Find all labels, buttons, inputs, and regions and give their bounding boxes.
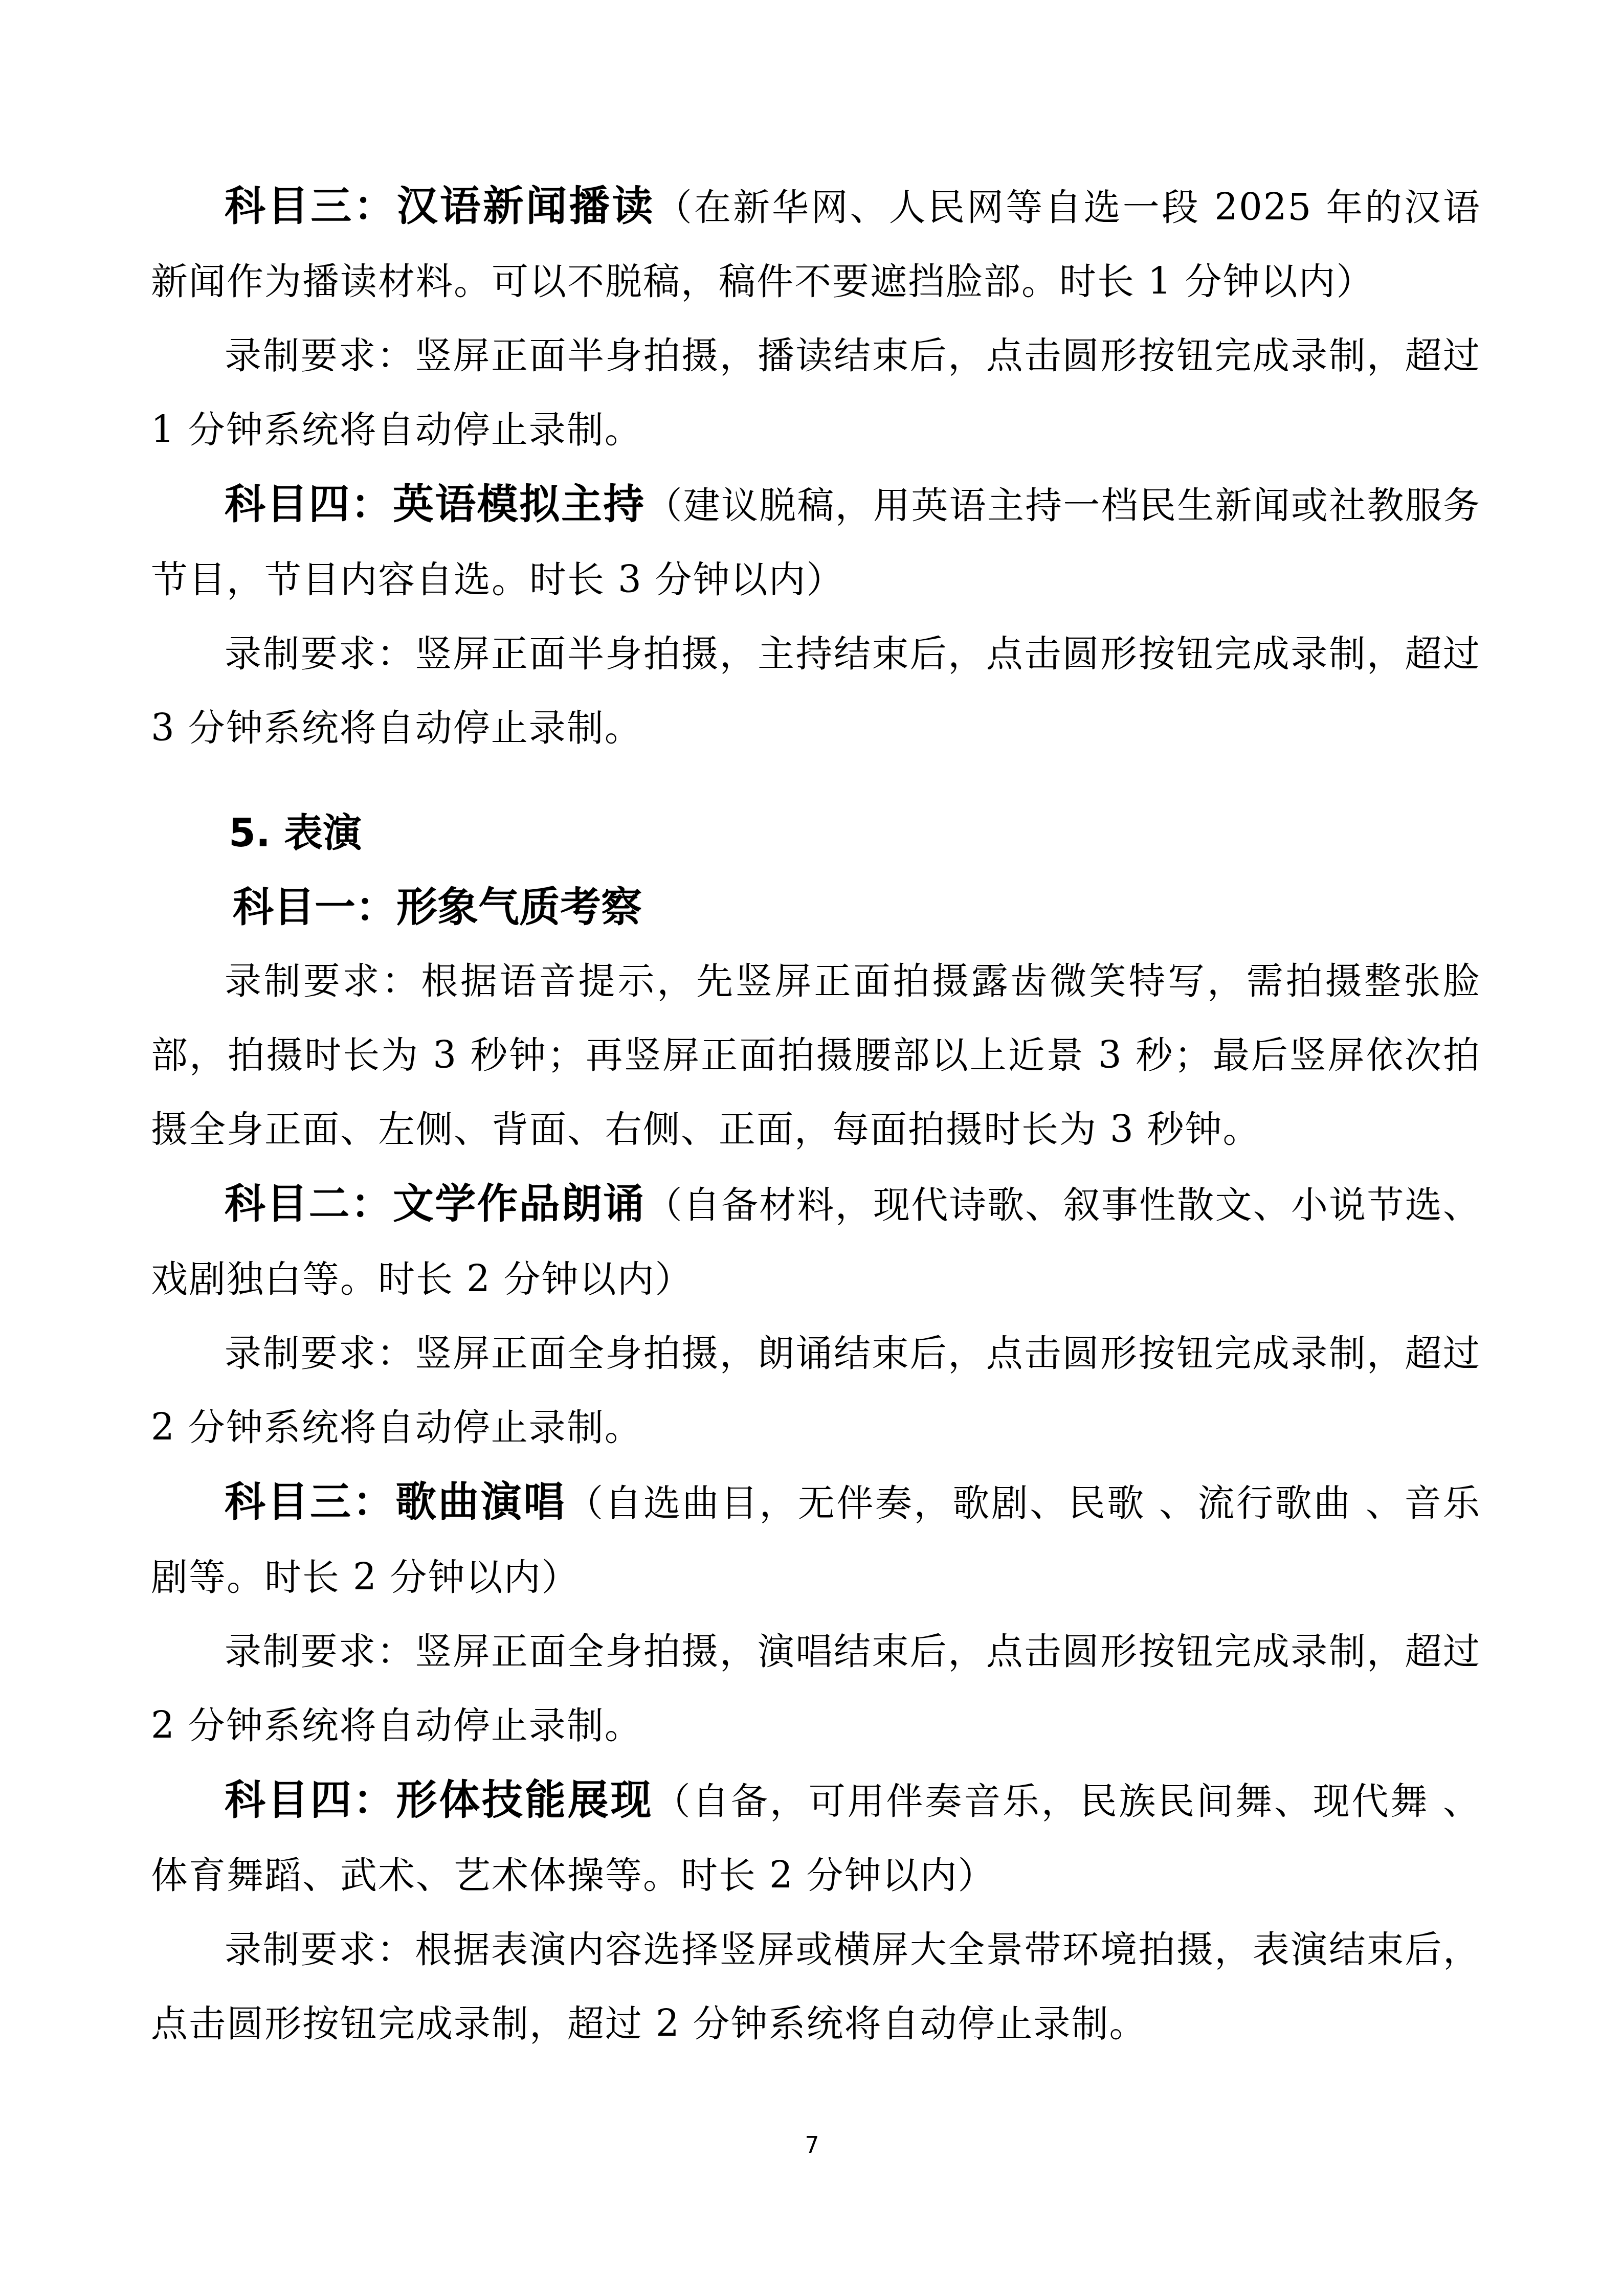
subject-heading: 科目四：英语模拟主持 — [225, 480, 646, 528]
page-number: 7 — [0, 2132, 1624, 2158]
subject-heading: 科目四：形体技能展现 — [225, 1776, 653, 1824]
subject-heading: 科目三：汉语新闻播读 — [225, 182, 655, 230]
subject-heading: 科目二：文学作品朗诵 — [225, 1180, 646, 1227]
recording-requirement: 录制要求：竖屏正面全身拍摄，演唱结束后，点击圆形按钮完成录制，超过 2 分钟系统… — [151, 1614, 1481, 1763]
recording-requirement: 录制要求：根据语音提示，先竖屏正面拍摄露齿微笑特写，需拍摄整张脸部，拍摄时长为 … — [151, 944, 1481, 1166]
recording-requirement: 录制要求：竖屏正面半身拍摄，播读结束后，点击圆形按钮完成录制，超过 1 分钟系统… — [151, 319, 1481, 467]
subject-body-skills: 科目四：形体技能展现（自备，可用伴奏音乐，民族民间舞、现代舞 、体育舞蹈、武术、… — [151, 1763, 1481, 1912]
section-title-performance: 5. 表演 — [151, 796, 1481, 870]
recording-requirement: 录制要求：根据表演内容选择竖屏或横屏大全景带环境拍摄，表演结束后，点击圆形按钮完… — [151, 1912, 1481, 2061]
recording-requirement: 录制要求：竖屏正面半身拍摄，主持结束后，点击圆形按钮完成录制，超过 3 分钟系统… — [151, 617, 1481, 765]
recording-requirement: 录制要求：竖屏正面全身拍摄，朗诵结束后，点击圆形按钮完成录制，超过 2 分钟系统… — [151, 1316, 1481, 1465]
subject-literary-recitation: 科目二：文学作品朗诵（自备材料，现代诗歌、叙事性散文、小说节选、戏剧独白等。时长… — [151, 1166, 1481, 1316]
subject-image-temperament: 科目一：形象气质考察 — [151, 870, 1481, 944]
document-page: 科目三：汉语新闻播读（在新华网、人民网等自选一段 2025 年的汉语新闻作为播读… — [151, 169, 1481, 2061]
subject-song-singing: 科目三：歌曲演唱（自选曲目，无伴奏，歌剧、民歌 、流行歌曲 、音乐剧等。时长 2… — [151, 1465, 1481, 1614]
subject-chinese-news-reading: 科目三：汉语新闻播读（在新华网、人民网等自选一段 2025 年的汉语新闻作为播读… — [151, 169, 1481, 319]
subject-heading: 科目三：歌曲演唱 — [225, 1478, 566, 1525]
subject-english-hosting: 科目四：英语模拟主持（建议脱稿，用英语主持一档民生新闻或社教服务节目，节目内容自… — [151, 467, 1481, 617]
